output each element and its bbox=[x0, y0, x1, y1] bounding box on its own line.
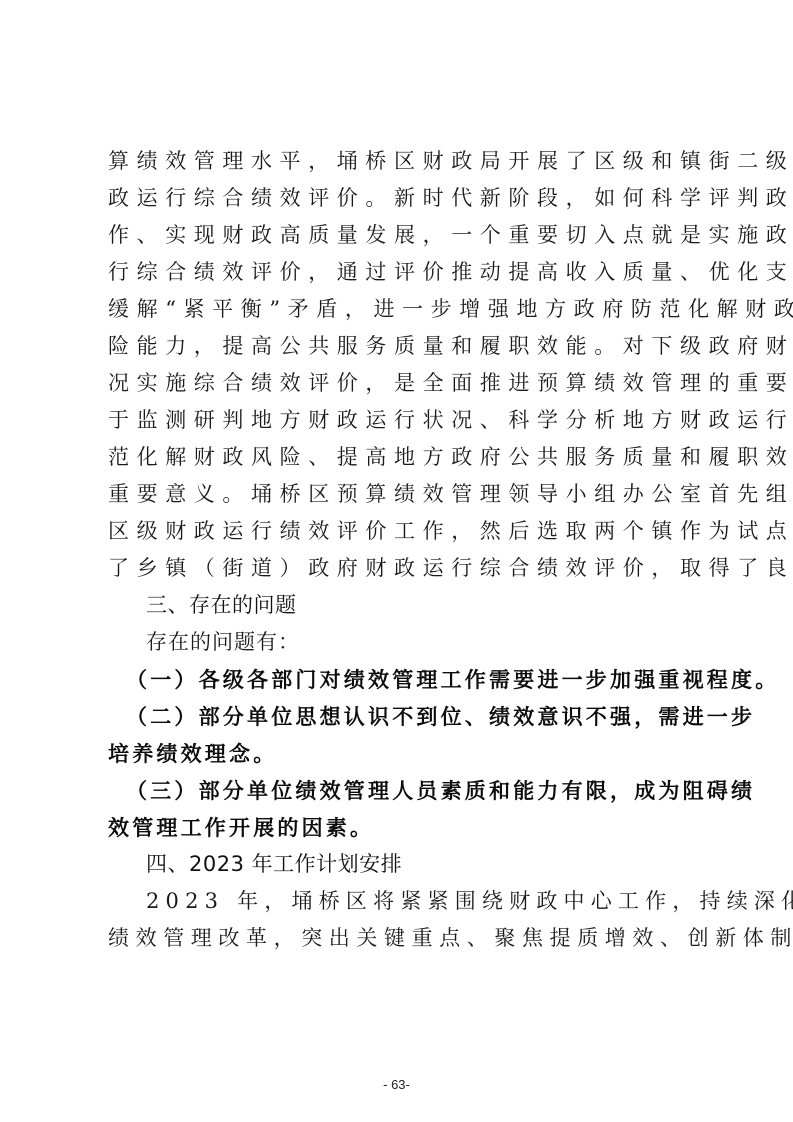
section4-heading: 四、2023 年工作计划安排 bbox=[108, 846, 692, 883]
section4-paragraph-line-2: 绩效管理改革，突出关键重点、聚焦提质增效、创新体制机制、 bbox=[108, 920, 692, 957]
problem-item-2-line-2: 培养绩效理念。 bbox=[108, 735, 692, 772]
paragraph-line: 政运行综合绩效评价。新时代新阶段，如何科学评判政府财政工 bbox=[108, 180, 692, 217]
paragraph-line: 况实施综合绩效评价，是全面推进预算绩效管理的重要内容，对 bbox=[108, 365, 692, 402]
document-page: 算绩效管理水平，埇桥区财政局开展了区级和镇街二级政府的财 政运行综合绩效评价。新… bbox=[108, 143, 692, 957]
paragraph-line: 了乡镇（街道）政府财政运行综合绩效评价，取得了良好效果。 bbox=[108, 550, 692, 587]
problem-item-3-line-1: （三）部分单位绩效管理人员素质和能力有限，成为阻碍绩 bbox=[108, 772, 692, 809]
problem-item-1: （一）各级各部门对绩效管理工作需要进一步加强重视程度。 bbox=[108, 661, 692, 698]
section3: 三、存在的问题 存在的问题有： （一）各级各部门对绩效管理工作需要进一步加强重视… bbox=[108, 587, 692, 846]
section4: 四、2023 年工作计划安排 2023 年，埇桥区将紧紧围绕财政中心工作，持续深… bbox=[108, 846, 692, 957]
paragraph-line: 重要意义。埇桥区预算绩效管理领导小组办公室首先组织开展了 bbox=[108, 476, 692, 513]
section3-intro: 存在的问题有： bbox=[108, 624, 692, 661]
paragraph-line: 范化解财政风险、提高地方政府公共服务质量和履职效能，具有 bbox=[108, 439, 692, 476]
paragraph-line: 作、实现财政高质量发展，一个重要切入点就是实施政府财政运 bbox=[108, 217, 692, 254]
problem-item-2-line-1: （二）部分单位思想认识不到位、绩效意识不强，需进一步 bbox=[108, 698, 692, 735]
paragraph-line: 区级财政运行绩效评价工作，然后选取两个镇作为试点组织开展 bbox=[108, 513, 692, 550]
problem-item-3-line-2: 效管理工作开展的因素。 bbox=[108, 809, 692, 846]
section4-paragraph-line-1: 2023 年，埇桥区将紧紧围绕财政中心工作，持续深化预算 bbox=[108, 883, 692, 920]
section3-heading: 三、存在的问题 bbox=[108, 587, 692, 624]
paragraph-line: 缓解“紧平衡”矛盾，进一步增强地方政府防范化解财政运行风 bbox=[108, 291, 692, 328]
paragraph-line: 于监测研判地方财政运行状况、科学分析地方财政运行质量、防 bbox=[108, 402, 692, 439]
paragraph-line: 险能力，提高公共服务质量和履职效能。对下级政府财政运行情 bbox=[108, 328, 692, 365]
section2-continuation-paragraph: 算绩效管理水平，埇桥区财政局开展了区级和镇街二级政府的财 政运行综合绩效评价。新… bbox=[108, 143, 692, 587]
page-number: - 63- bbox=[0, 1077, 793, 1092]
paragraph-line: 算绩效管理水平，埇桥区财政局开展了区级和镇街二级政府的财 bbox=[108, 143, 692, 180]
paragraph-line: 行综合绩效评价，通过评价推动提高收入质量、优化支出结构、 bbox=[108, 254, 692, 291]
